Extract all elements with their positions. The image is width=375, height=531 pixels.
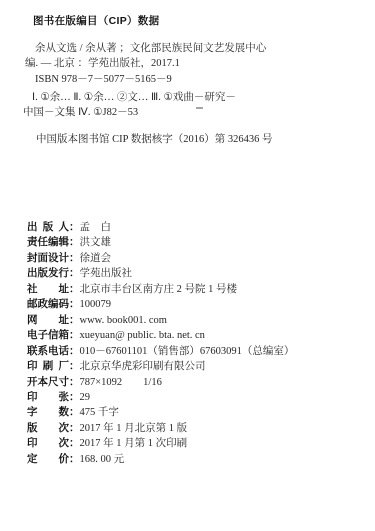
classification-line-1: Ⅰ. ①余… Ⅱ. ①余… ②文… Ⅲ. ①戏曲－研究－ <box>23 90 236 105</box>
field-colon: ： <box>69 376 80 388</box>
field-colon: ： <box>69 298 80 310</box>
field-value: 北京京华虎彩印刷有限公司 <box>80 361 206 372</box>
classification-block: Ⅰ. ①余… Ⅱ. ①余… ②文… Ⅲ. ①戏曲－研究－ 中国－文集 Ⅳ. ①J… <box>23 90 236 121</box>
classification-line-2: 中国－文集 Ⅳ. ①J82－53 <box>23 105 236 120</box>
field-value: 29 <box>80 392 91 403</box>
cip-record-title-line: 余从文选 / 余从著 ；文化部民族民间文艺发展中心 <box>25 41 266 56</box>
field-colon: ： <box>69 453 80 465</box>
field-colon: ： <box>69 437 80 449</box>
field-value: 徐道会 <box>80 253 112 264</box>
field-colon: ： <box>69 422 80 434</box>
field-label: 社址 <box>27 282 69 297</box>
field-colon: ： <box>69 252 80 264</box>
cip-header: 图书在版编目（CIP）数据 <box>33 13 159 28</box>
pub-row-address: 社址：北京市丰台区南方庄 2 号院 1 号楼 <box>27 282 294 297</box>
field-colon: ： <box>69 345 80 357</box>
field-value: 2017 年 1 月北京第 1 版 <box>80 423 188 434</box>
field-value: 洪文雄 <box>80 237 112 248</box>
field-label: 电子信箱 <box>27 328 69 343</box>
pub-row-format-size: 开本尺寸：787×1092 1/16 <box>27 375 294 390</box>
pub-row-website: 网址：www. book001. com <box>27 313 294 328</box>
field-label: 邮政编码 <box>27 297 69 312</box>
field-colon: ： <box>69 391 80 403</box>
field-label: 封面设计 <box>27 251 69 266</box>
field-label: 版次 <box>27 421 69 436</box>
pub-row-phone: 联系电话：010－67601101（销售部）67603091（总编室） <box>27 344 294 359</box>
field-value: 168. 00 元 <box>80 454 125 465</box>
field-label: 印张 <box>27 390 69 405</box>
copyright-page: 图书在版编目（CIP）数据 余从文选 / 余从著 ；文化部民族民间文艺发展中心 … <box>0 0 375 531</box>
field-label: 责任编辑 <box>27 235 69 250</box>
pub-row-cover-design: 封面设计：徐道会 <box>27 251 294 266</box>
cip-record-number: 中国版本图书馆 CIP 数据核字（2016）第 326436 号 <box>36 131 272 146</box>
field-label: 出版发行 <box>27 266 69 281</box>
scan-artifact <box>196 107 203 109</box>
pub-row-responsible-editor: 责任编辑：洪文雄 <box>27 235 294 250</box>
field-colon: ： <box>69 314 80 326</box>
field-label: 定价 <box>27 452 69 467</box>
field-label: 印次 <box>27 436 69 451</box>
field-colon: ： <box>69 329 80 341</box>
field-label: 印刷厂 <box>27 359 69 374</box>
field-colon: ： <box>69 360 80 372</box>
field-colon: ： <box>69 406 80 418</box>
pub-row-printer: 印刷厂：北京京华虎彩印刷有限公司 <box>27 359 294 374</box>
pub-row-edition: 版次：2017 年 1 月北京第 1 版 <box>27 421 294 436</box>
field-label: 字数 <box>27 405 69 420</box>
publication-info-block: 出版人：孟 白 责任编辑：洪文雄 封面设计：徐道会 出版发行：学苑出版社 社址：… <box>27 220 294 467</box>
field-value: 010－67601101（销售部）67603091（总编室） <box>80 346 295 357</box>
field-value: 2017 年 1 月第 1 次印刷 <box>80 438 188 449</box>
field-colon: ： <box>69 221 80 233</box>
field-colon: ： <box>69 267 80 279</box>
pub-row-publisher-person: 出版人：孟 白 <box>27 220 294 235</box>
pub-row-printed-sheets: 印张：29 <box>27 390 294 405</box>
field-label: 开本尺寸 <box>27 375 69 390</box>
pub-row-email: 电子信箱：xueyuan@ public. bta. net. cn <box>27 328 294 343</box>
pub-row-print-run: 印次：2017 年 1 月第 1 次印刷 <box>27 436 294 451</box>
field-label: 网址 <box>27 313 69 328</box>
pub-row-price: 定价：168. 00 元 <box>27 452 294 467</box>
cip-record-publisher-line: 编. — 北京 ：学苑出版社，2017.1 <box>25 56 266 71</box>
field-value: xueyuan@ public. bta. net. cn <box>80 330 205 341</box>
field-value: 475 千字 <box>80 407 119 418</box>
field-value: 孟 白 <box>80 222 112 233</box>
field-colon: ： <box>69 283 80 295</box>
pub-row-publisher: 出版发行：学苑出版社 <box>27 266 294 281</box>
isbn-line: ISBN 978－7－5077－5165－9 <box>25 72 266 87</box>
field-value: 100079 <box>80 299 112 310</box>
field-label: 联系电话 <box>27 344 69 359</box>
pub-row-postal-code: 邮政编码：100079 <box>27 297 294 312</box>
pub-row-word-count: 字数：475 千字 <box>27 405 294 420</box>
field-value: www. book001. com <box>80 315 167 326</box>
field-value: 北京市丰台区南方庄 2 号院 1 号楼 <box>80 284 238 295</box>
cip-record-block: 余从文选 / 余从著 ；文化部民族民间文艺发展中心 编. — 北京 ：学苑出版社… <box>25 41 266 87</box>
field-colon: ： <box>69 236 80 248</box>
field-value: 787×1092 1/16 <box>80 377 162 388</box>
field-label: 出版人 <box>27 220 69 235</box>
field-value: 学苑出版社 <box>80 268 133 279</box>
